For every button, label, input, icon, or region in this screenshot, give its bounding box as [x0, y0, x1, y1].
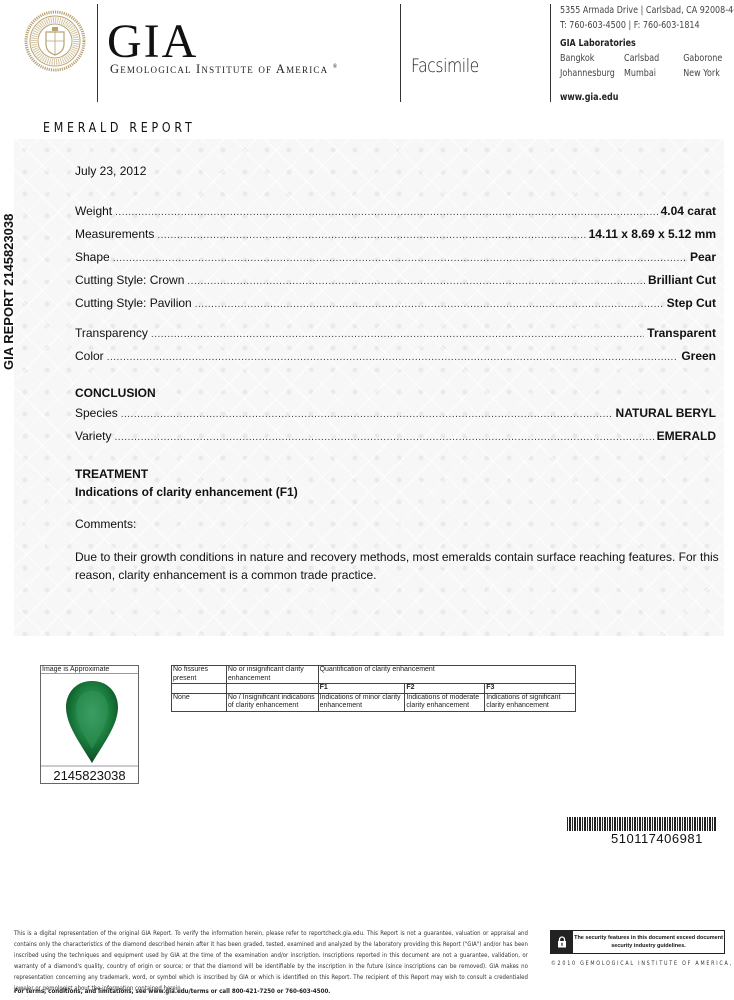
field-label: Variety [75, 429, 111, 443]
field-weight: Weight4.04 carat [75, 204, 716, 220]
field-value: Green [681, 349, 716, 363]
leader-dots [151, 329, 644, 340]
field-value: EMERALD [657, 429, 716, 443]
leader-dots [187, 276, 645, 287]
copyright: ©2010 GEMOLOGICAL INSTITUTE OF AMERICA, … [551, 960, 734, 967]
table-cell: F1 [318, 684, 405, 694]
report-date: July 23, 2012 [75, 164, 146, 178]
barcode-number: 510117406981 [611, 831, 703, 846]
field-label: Color [75, 349, 104, 363]
security-text: The security features in this document e… [573, 931, 724, 953]
table-cell: Indications of significant clarity enhan… [485, 693, 576, 711]
field-label: Shape [75, 250, 110, 264]
leader-dots [115, 207, 657, 218]
lab-address-block: 5355 Armada Drive | Carlsbad, CA 92008-4… [560, 3, 734, 105]
field-label: Cutting Style: Crown [75, 273, 184, 287]
lab-city: Mumbai [624, 66, 683, 81]
field-measurements: Measurements14.11 x 8.69 x 5.12 mm [75, 227, 716, 243]
lab-city: New York [683, 66, 734, 81]
image-report-number: 2145823038 [41, 765, 138, 783]
leader-dots [113, 253, 687, 264]
table-cell: No fissures present [172, 666, 227, 684]
header-divider [400, 4, 401, 102]
table-row: No fissures present No or insignificant … [172, 666, 576, 684]
gem-image-box: Image is Approximate 2145823038 [40, 665, 139, 784]
lab-city: Bangkok [560, 51, 624, 66]
field-label: Species [75, 406, 118, 420]
barcode [567, 817, 717, 831]
field-value: NATURAL BERYL [616, 406, 716, 420]
report-number-side-label: GIA REPORT 2145823038 [1, 214, 16, 370]
lab-city: Johannesburg [560, 66, 624, 81]
table-cell [226, 684, 318, 694]
report-title: EMERALD REPORT [43, 121, 195, 136]
comments-label: Comments: [75, 517, 136, 531]
phone-line: T: 760-603-4500 | F: 760-603-1814 [560, 18, 734, 33]
leader-dots [121, 409, 613, 420]
leader-dots [195, 299, 664, 310]
website-link[interactable]: www.gia.edu [560, 90, 734, 105]
facsimile-label: Facsimile [411, 55, 479, 77]
header-divider [550, 4, 551, 102]
table-cell: Indications of moderate clarity enhancem… [405, 693, 485, 711]
table-cell: F3 [485, 684, 576, 694]
conclusion-heading: CONCLUSION [75, 386, 156, 400]
leader-dots [157, 230, 585, 241]
field-cutting-crown: Cutting Style: CrownBrilliant Cut [75, 273, 716, 289]
field-value: Transparent [647, 326, 716, 340]
terms-text: For terms, conditions, and limitations, … [14, 987, 330, 995]
field-color: ColorGreen [75, 349, 716, 365]
treatment-text: Indications of clarity enhancement (F1) [75, 485, 298, 499]
leader-dots [114, 432, 653, 443]
field-label: Weight [75, 204, 112, 218]
institute-name: Gemological Institute of America ® [110, 62, 338, 77]
field-value: Pear [690, 250, 716, 264]
lab-cities: Bangkok Carlsbad Gaborone Johannesburg M… [560, 51, 734, 81]
field-label: Cutting Style: Pavilion [75, 296, 192, 310]
field-shape: ShapePear [75, 250, 716, 266]
field-value: 4.04 carat [661, 204, 716, 218]
lock-icon [551, 931, 573, 953]
leader-dots [107, 352, 679, 363]
table-row: None No / Insignificant indications of c… [172, 693, 576, 711]
table-row: F1 F2 F3 [172, 684, 576, 694]
field-transparency: TransparencyTransparent [75, 326, 716, 342]
lab-city: Carlsbad [624, 51, 683, 66]
table-cell: F2 [405, 684, 485, 694]
table-cell: No / Insignificant indications of clarit… [226, 693, 318, 711]
table-cell: None [172, 693, 227, 711]
security-notice: The security features in this document e… [550, 930, 725, 954]
header-divider [97, 4, 98, 102]
clarity-enhancement-table: No fissures present No or insignificant … [171, 665, 576, 712]
field-value: Brilliant Cut [648, 273, 716, 287]
comments-text: Due to their growth conditions in nature… [75, 548, 725, 584]
image-caption: Image is Approximate [41, 666, 138, 674]
gia-seal-logo [24, 10, 86, 72]
table-cell: Quantification of clarity enhancement [318, 666, 575, 684]
lab-city: Gaborone [683, 51, 734, 66]
table-cell [172, 684, 227, 694]
table-cell: Indications of minor clarity enhancement [318, 693, 405, 711]
field-species: SpeciesNATURAL BERYL [75, 406, 716, 422]
field-variety: VarietyEMERALD [75, 429, 716, 445]
field-value: Step Cut [667, 296, 716, 310]
gia-logo: GIA [107, 18, 198, 66]
field-value: 14.11 x 8.69 x 5.12 mm [589, 227, 716, 241]
field-label: Transparency [75, 326, 148, 340]
address-line: 5355 Armada Drive | Carlsbad, CA 92008-4… [560, 3, 734, 18]
field-label: Measurements [75, 227, 154, 241]
treatment-heading: TREATMENT [75, 467, 148, 481]
disclaimer-text: This is a digital representation of the … [14, 928, 528, 994]
labs-title: GIA Laboratories [560, 36, 734, 51]
pear-emerald-icon [64, 679, 120, 765]
table-cell: No or insignificant clarity enhancement [226, 666, 318, 684]
field-cutting-pavilion: Cutting Style: PavilionStep Cut [75, 296, 716, 312]
